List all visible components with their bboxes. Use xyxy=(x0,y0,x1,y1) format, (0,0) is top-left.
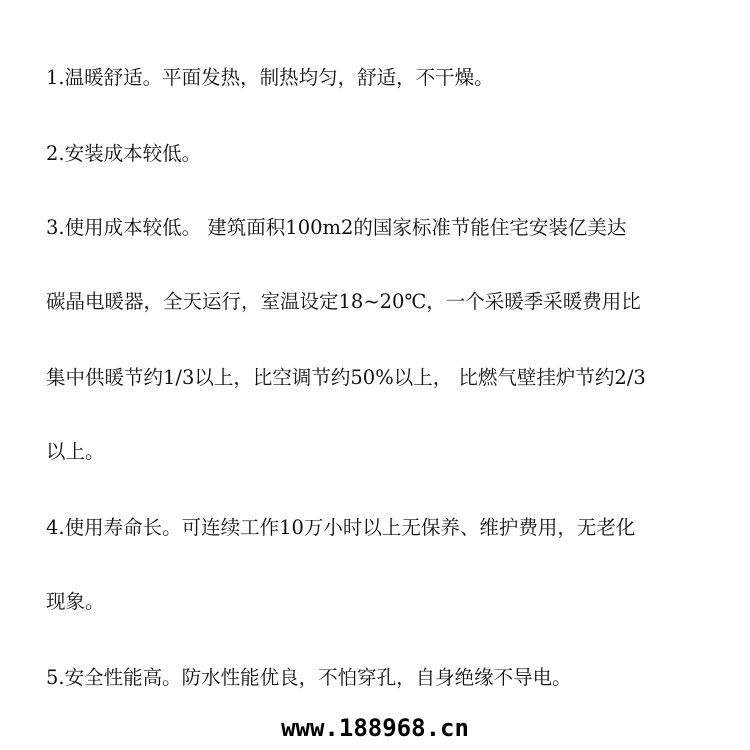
item-4-lifespan-cont: 现象。 xyxy=(46,590,105,614)
item-3-usage-cost-cont-1: 碳晶电暖器，全天运行，室温设定18~20℃，一个采暖季采暖费用比 xyxy=(46,290,641,314)
watermark-url: www.188968.cn xyxy=(0,714,750,742)
item-3-usage-cost-cont-2: 集中供暖节约1/3以上，比空调节约50%以上， 比燃气壁挂炉节约2/3 xyxy=(46,366,646,390)
item-2-install-cost: 2.安装成本较低。 xyxy=(46,142,201,166)
item-3-usage-cost: 3.使用成本较低。 建筑面积100m2的国家标准节能住宅安装亿美达 xyxy=(46,216,626,240)
item-4-lifespan: 4.使用寿命长。可连续工作10万小时以上无保养、维护费用，无老化 xyxy=(46,516,635,540)
item-5-safety: 5.安全性能高。防水性能优良，不怕穿孔，自身绝缘不导电。 xyxy=(46,666,572,690)
item-1-comfort: 1.温暖舒适。平面发热，制热均匀，舒适，不干燥。 xyxy=(46,66,494,90)
item-3-usage-cost-cont-3: 以上。 xyxy=(46,440,105,464)
